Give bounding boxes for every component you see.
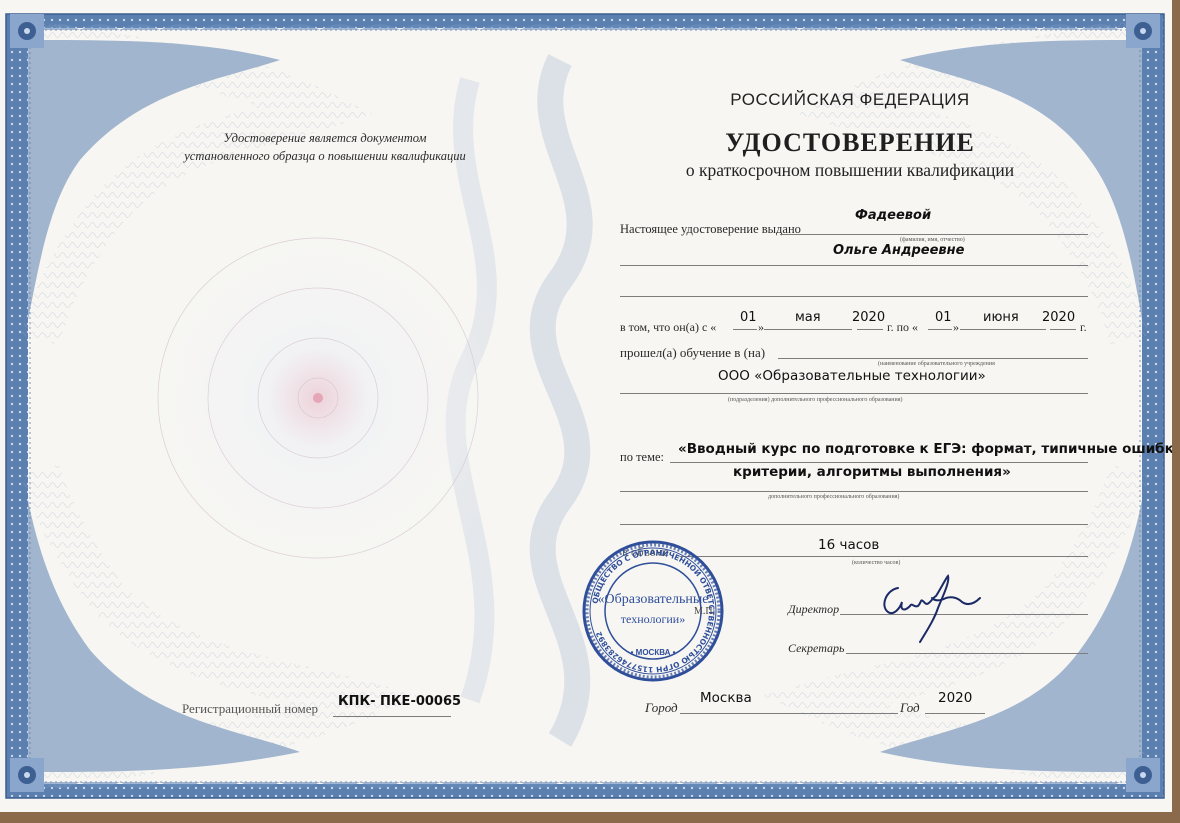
city-line [680,713,898,714]
institution-line-2 [620,393,1088,394]
registration-label: Регистрационный номер [182,701,318,717]
certificate-title: УДОСТОВЕРЕНИЕ [620,128,1080,158]
start-year: 2020 [852,310,885,325]
year-value: 2020 [938,690,972,706]
start-month: мая [795,310,821,325]
end-day: 01 [935,310,952,325]
guilloche-border-ornament [0,0,1172,812]
recipient-surname: Фадеевой [855,208,931,223]
department-caption: (подразделения) дополнительного професси… [728,397,902,403]
left-note-line2: установленного образца о повышении квали… [150,149,500,164]
start-month-line [764,329,852,330]
country-heading: РОССИЙСКАЯ ФЕДЕРАЦИЯ [620,90,1080,110]
end-year-line [1050,329,1076,330]
registration-line [333,716,451,717]
institution-name: ООО «Образовательные технологии» [718,368,986,384]
program-caption: дополнительного профессионального образо… [768,494,899,500]
left-note-line1: Удостоверение является документом [150,131,500,146]
given-names-line [620,265,1088,266]
start-day: 01 [740,310,757,325]
director-label: Директор [788,602,839,617]
secretary-signature-line [846,653,1088,654]
topic-line-underline-2 [620,491,1088,492]
period-mid: г. по « [887,320,918,335]
quote-close-end: » [953,320,959,335]
hours-line [680,556,1088,557]
topic-line-1: «Вводный курс по подготовке к ЕГЭ: форма… [678,441,1172,457]
year-label: Год [900,700,920,716]
city-label: Город [645,700,678,716]
organization-stamp: ОБЩЕСТВО С ОГРАНИЧЕННОЙ ОТВЕТСТВЕННОСТЬЮ… [582,540,724,682]
director-signature [876,568,986,648]
period-end-suffix: г. [1080,320,1087,335]
secretary-label: Секретарь [788,641,844,656]
end-month: июня [983,310,1019,325]
stamp-initials: М.П. [694,606,715,617]
registration-number: КПК- ПКЕ-00065 [338,694,461,709]
end-year: 2020 [1042,310,1075,325]
certificate-paper: Удостоверение является документом устано… [0,0,1172,812]
institution-caption: (наименование образовательного учреждени… [878,361,995,367]
end-month-line [960,329,1046,330]
hours-caption: (количество часов) [852,560,900,566]
topic-line-underline-1 [670,462,1088,463]
quote-close-start: » [758,320,764,335]
start-year-line [857,329,883,330]
year-line [925,713,985,714]
topic-line-underline-3 [620,524,1088,525]
hours-value: 16 часов [818,537,879,553]
recipient-given-names: Ольге Андреевне [833,243,964,258]
topic-label: по теме: [620,450,664,465]
certificate-subtitle: о краткосрочном повышении квалификации [620,160,1080,181]
training-label: прошел(а) обучение в (на) [620,345,765,361]
city-value: Москва [700,690,752,706]
period-prefix: в том, что он(а) с « [620,320,716,335]
end-day-line [928,329,952,330]
surname-line [780,234,1088,235]
topic-line-2: критерии, алгоритмы выполнения» [733,464,1011,480]
issued-to-label: Настоящее удостоверение выдано [620,222,801,237]
start-day-line [733,329,757,330]
stamp-bottom-text: • МОСКВА • [582,648,724,657]
blank-line [620,296,1088,297]
institution-line-1 [778,358,1088,359]
